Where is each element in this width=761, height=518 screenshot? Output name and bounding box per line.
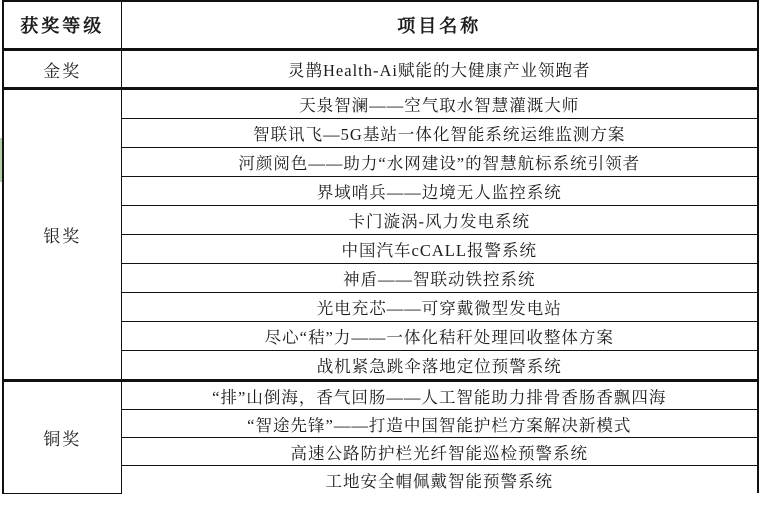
header-cell-award-level: 获奖等级 — [3, 1, 121, 50]
project-cell: 河颜阅色——助力“水网建设”的智慧航标系统引领者 — [121, 148, 758, 177]
project-cell: 卡门漩涡-风力发电系统 — [121, 206, 758, 235]
project-cell: 界域哨兵——边境无人监控系统 — [121, 177, 758, 206]
project-cell: 高速公路防护栏光纤智能巡检预警系统 — [121, 438, 758, 466]
table-row: 铜奖 “排”山倒海，香气回肠——人工智能助力排骨香肠香飘四海 — [3, 381, 758, 410]
project-cell: 光电充芯——可穿戴微型发电站 — [121, 293, 758, 322]
project-cell: 智联讯飞—5G基站一体化智能系统运维监测方案 — [121, 119, 758, 148]
project-cell: 神盾——智联动铁控系统 — [121, 264, 758, 293]
award-table: 获奖等级 项目名称 金奖 灵鹊Health-Ai赋能的大健康产业领跑者 银奖 天… — [2, 0, 759, 494]
table-row: 银奖 天泉智澜——空气取水智慧灌溉大师 — [3, 89, 758, 119]
project-cell: 战机紧急跳伞落地定位预警系统 — [121, 351, 758, 381]
award-level-cell-bronze: 铜奖 — [3, 381, 121, 494]
table-header-row: 获奖等级 项目名称 — [3, 1, 758, 50]
project-cell: “智途先锋”——打造中国智能护栏方案解决新模式 — [121, 410, 758, 438]
project-cell: 灵鹊Health-Ai赋能的大健康产业领跑者 — [121, 50, 758, 89]
project-cell: “排”山倒海，香气回肠——人工智能助力排骨香肠香飘四海 — [121, 381, 758, 410]
project-cell: 工地安全帽佩戴智能预警系统 — [121, 466, 758, 494]
award-level-cell-silver: 银奖 — [3, 89, 121, 381]
project-cell: 尽心“秸”力——一体化秸秆处理回收整体方案 — [121, 322, 758, 351]
header-cell-project-name: 项目名称 — [121, 1, 758, 50]
project-cell: 天泉智澜——空气取水智慧灌溉大师 — [121, 89, 758, 119]
table-row: 金奖 灵鹊Health-Ai赋能的大健康产业领跑者 — [3, 50, 758, 89]
project-cell: 中国汽车cCALL报警系统 — [121, 235, 758, 264]
award-table-page: 获奖等级 项目名称 金奖 灵鹊Health-Ai赋能的大健康产业领跑者 银奖 天… — [0, 0, 761, 518]
award-level-cell-gold: 金奖 — [3, 50, 121, 89]
